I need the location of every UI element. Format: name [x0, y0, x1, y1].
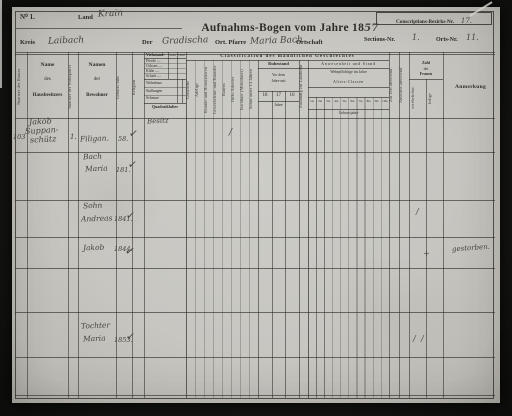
entry-women-tick-2: / [421, 335, 424, 343]
form-title: Aufnahms-Bogen vom Jahre 1857 [182, 22, 398, 34]
photo-edge-artifact-left [0, 0, 2, 88]
entry-resident-name-line2: Maria [85, 165, 108, 173]
residents-column-label-2: der [78, 77, 116, 82]
entry-owner-name-line3: schütz [30, 135, 57, 144]
ruhestand-mid-2: Jahre mit [258, 79, 299, 83]
classification-column-label: Inwohner (Mitwohner) [240, 63, 249, 116]
entry-checkmark: ✓ [125, 209, 136, 221]
entry-party-number: 1. [70, 134, 77, 141]
form-number: N⁰ 1. [20, 14, 35, 21]
kreis-label: Kreis [20, 40, 35, 47]
age-class-cell: 7te [357, 100, 365, 103]
owner-column-label-3: Hausbesitzers [27, 93, 68, 98]
party-number-column-label: Nummer der Wohnpartei [68, 59, 78, 115]
anwesende-header-1: Anwesenheit und Stand [308, 62, 389, 66]
anwesende-footer: Geburtsjahre [308, 111, 389, 115]
age-class-subcolumn-lines [308, 97, 389, 398]
entry-checkmark: ✓ [127, 158, 138, 170]
classification-column-label: Gewerbsleute und Künstler [213, 63, 222, 116]
women-column-label-2: ledige [428, 81, 442, 116]
landwehr-column-label: Zuständig zur Landwehr [299, 57, 308, 115]
entry-resident-name: Filigan. [80, 134, 109, 143]
age-class-cell: 8te [365, 100, 373, 103]
header-rule [16, 28, 182, 29]
women-group-title-3: Frauen [409, 72, 443, 76]
age-class-cell: 10te [381, 100, 389, 103]
ortschaft-label: Ortschaft [296, 40, 323, 47]
viehstand-building-row: Stallungen [146, 89, 162, 93]
classification-title: Classification des männlichen Geschlecht… [186, 54, 389, 59]
absent-column-label-1: Zur Zeit abwesend [389, 55, 399, 115]
residents-column-label-1: Namen [78, 63, 116, 69]
sections-value-handwritten: 1. [412, 34, 420, 42]
ruhestand-title: Ruhestand [258, 62, 299, 67]
age-class-cell: 4te [332, 100, 340, 103]
entry-women-tick-1: / [413, 335, 416, 343]
viehstand-col-year: 1850 [177, 54, 186, 58]
pfarre-value-handwritten: Maria Bach [250, 36, 303, 47]
viehstand-col-zahl: Zahl [168, 54, 177, 58]
conscription-value-handwritten: 17. [461, 17, 472, 25]
entry-note: Besitz [147, 117, 169, 125]
age-class-cell: 9te [373, 100, 381, 103]
ruhestand-cell: 16 [286, 93, 298, 98]
entry-resident-name-line1: Tochter [81, 321, 110, 330]
ruhestand-cell: 18 [259, 93, 271, 98]
ruhestand-cell: 17 [272, 93, 285, 98]
viehstand-animal-row: Schafe — [146, 74, 161, 78]
classification-column-label: Beamte und Honoratioren [204, 63, 213, 116]
age-class-cell: 5te [340, 100, 348, 103]
conscription-label: Conscriptions-Bezirks-Nr. [396, 19, 454, 25]
classification-column-label: Bauern [222, 63, 231, 116]
residents-column-label-3: Bewohner [78, 93, 116, 98]
viehstand-building-row: Wohnhaus [146, 81, 162, 85]
entry-resident-name-line2: Maria [83, 335, 106, 343]
ruhestand-footer: Jahre [258, 103, 299, 107]
photo-backdrop: N⁰ 1. Land Krain Conscriptions-Bezirks-N… [0, 0, 512, 416]
owner-column-label-2: des [27, 77, 68, 82]
viehstand-animal-row: Kühe — [146, 69, 159, 73]
birth-year-column-label: Geburts-Jahr [116, 59, 132, 115]
ruhestand-mid-1: Vor dem [258, 73, 299, 77]
classification-column-label: Hilfs-Arbeiter [231, 63, 240, 116]
age-class-cell: 1te [308, 100, 316, 103]
entry-birth-year: 58. [118, 136, 128, 143]
title-year-handwritten: 57 [364, 23, 379, 34]
form-title-text: Aufnahms-Bogen vom Jahre 18 [201, 22, 364, 34]
sections-label: Sections-Nr. [364, 37, 395, 43]
anwesende-header-2: Wehrpflichtige im Jahre [308, 70, 389, 74]
entry-resident-name-line1: Sohn [83, 202, 103, 210]
entry-resident-name: Jakob [83, 244, 105, 252]
absent-column-label-2: Auswärts anwesend [399, 55, 409, 115]
viehstand-footer: Quadratklafter [144, 105, 186, 109]
age-class-cell: 3te [324, 100, 332, 103]
land-value-handwritten: Krain [98, 9, 124, 19]
census-form-sheet: N⁰ 1. Land Krain Conscriptions-Bezirks-N… [12, 7, 500, 403]
house-number-column-label: Nummer des Hauses [17, 59, 27, 115]
orts-label: Orts-Nr. [436, 37, 458, 43]
orts-value-handwritten: 11. [466, 34, 479, 42]
entry-checkmark: ✓ [125, 330, 136, 342]
classification-column-label: Geistliche [186, 63, 195, 116]
kreis-value-handwritten: Laibach [48, 36, 84, 46]
women-column-label-1: verehelichte [411, 81, 425, 116]
pfarre-label: Ort. Pfarre [215, 40, 246, 47]
age-class-cell: 2te [316, 100, 324, 103]
entry-house-number: 103 [13, 134, 25, 141]
remark-column-label: Anmerkung [443, 85, 498, 91]
anwesende-header-3: Alters-Classen [308, 80, 389, 84]
land-label: Land [78, 15, 93, 22]
entry-classification-tick: / [229, 129, 232, 138]
entry-resident-name-line2: Andreas [81, 214, 113, 223]
viehstand-building-row: Scheune [146, 96, 159, 100]
owner-column-label-1: Name [27, 63, 68, 69]
der-value-handwritten: Gradischa [162, 36, 209, 47]
age-class-cell: 6te [349, 100, 357, 103]
viehstand-animal-row: Pferde — [146, 59, 161, 63]
viehstand-animal-row: Ochsen — [146, 64, 162, 68]
classification-column-label: Söhne unter 14 Jahren [249, 63, 258, 116]
classification-column-label: Adelige [195, 63, 204, 116]
entry-checkmark: ✓ [128, 127, 139, 139]
religion-column-label: Religion [132, 59, 144, 115]
entry-women-cross: + [423, 250, 430, 258]
women-group-title-2: der [409, 67, 443, 71]
entry-women-tick: / [416, 208, 419, 216]
viehstand-title: Viehstand: [146, 53, 165, 57]
women-group-title-1: Zahl [409, 61, 443, 65]
entry-resident-name-line1: Bach [83, 153, 102, 161]
der-label: Der [142, 40, 152, 47]
